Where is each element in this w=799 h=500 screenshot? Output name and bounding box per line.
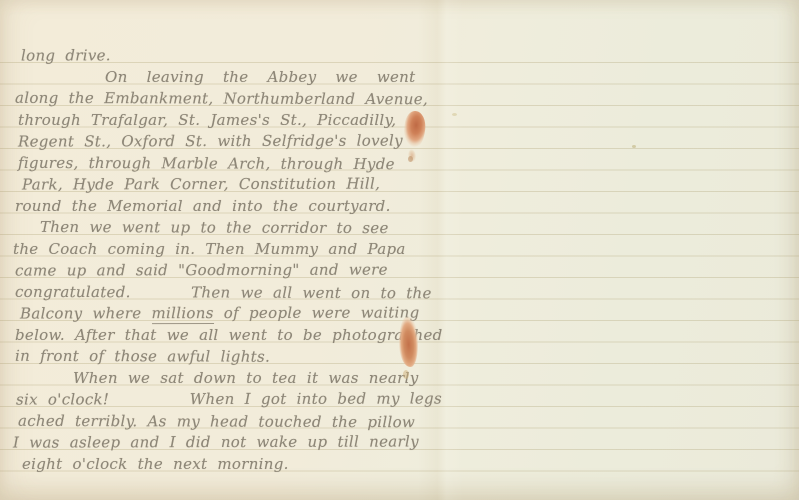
- handwritten-line: On leaving the Abbey we went: [8, 67, 433, 89]
- line-text: of people were waiting: [214, 303, 420, 322]
- handwritten-line: Regent St., Oxford St. with Selfridge's …: [8, 130, 433, 153]
- underlined-word: millions: [151, 304, 213, 324]
- handwritten-line: below. After that we all went to be phot…: [8, 325, 433, 347]
- notebook-spread: long drive. On leaving the Abbey we went…: [0, 0, 799, 500]
- paper-speck: [452, 113, 457, 116]
- handwritten-line: through Trafalgar, St. James's St., Picc…: [8, 110, 433, 132]
- handwritten-line: long drive.: [8, 44, 433, 67]
- handwritten-line: congratulated. Then we all went on to th…: [8, 281, 433, 304]
- handwritten-line: the Coach coming in. Then Mummy and Papa: [8, 239, 433, 261]
- paper-speck: [632, 145, 636, 148]
- handwritten-line: figures, through Marble Arch, through Hy…: [8, 152, 433, 175]
- handwritten-line: When we sat down to tea it was nearly: [8, 368, 433, 390]
- handwritten-line: in front of those awful lights.: [8, 346, 433, 369]
- line-text: Balcony where: [20, 304, 152, 322]
- handwritten-text: long drive. On leaving the Abbey we went…: [8, 45, 433, 475]
- handwritten-line: eight o'clock the next morning.: [8, 454, 433, 476]
- handwritten-line: ached terribly. As my head touched the p…: [8, 410, 433, 433]
- handwritten-line: I was asleep and I did not wake up till …: [8, 431, 433, 454]
- handwritten-line: round the Memorial and into the courtyar…: [8, 196, 433, 218]
- handwritten-line: Park, Hyde Park Corner, Constitution Hil…: [8, 173, 433, 196]
- handwritten-line: came up and said "Goodmorning" and were: [8, 259, 433, 282]
- handwritten-line: Then we went up to the corridor to see: [8, 217, 433, 240]
- handwritten-line: six o'clock! When I got into bed my legs: [8, 388, 433, 411]
- handwritten-line: along the Embankment, Northumberland Ave…: [8, 88, 433, 111]
- handwritten-line: Balcony where millions of people were wa…: [8, 302, 433, 325]
